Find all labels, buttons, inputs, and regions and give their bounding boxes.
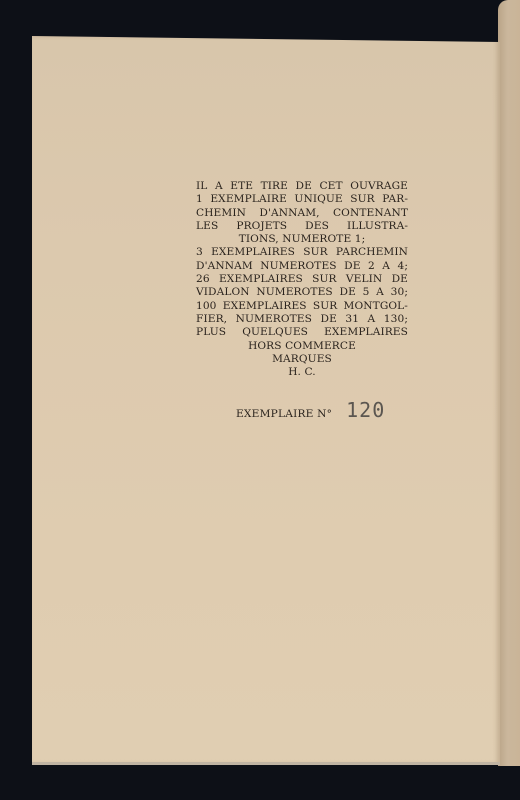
colophon-line: 1 EXEMPLAIRE UNIQUE SUR PAR- [196,193,408,206]
colophon-line: 3 EXEMPLAIRES SUR PARCHEMIN [196,246,408,259]
colophon-line: 100 EXEMPLAIRES SUR MONTGOL- [196,300,408,313]
page-bottom-edge [32,762,500,765]
colophon-line: TIONS, NUMEROTE 1; [196,233,408,246]
colophon-text: IL A ETE TIRE DE CET OUVRAGE 1 EXEMPLAIR… [196,180,408,379]
colophon-line: 26 EXEMPLAIRES SUR VELIN DE [196,273,408,286]
colophon-line: FIER, NUMEROTES DE 31 A 130; [196,313,408,326]
colophon-line: VIDALON NUMEROTES DE 5 A 30; [196,286,408,299]
colophon-line: LES PROJETS DES ILLUSTRA- [196,220,408,233]
copy-number: EXEMPLAIRE N° 120 [236,398,385,422]
colophon-line: HORS COMMERCE [196,340,408,353]
colophon-line: IL A ETE TIRE DE CET OUVRAGE [196,180,408,193]
copy-number-stamp: 120 [346,398,385,422]
colophon-line: PLUS QUELQUES EXEMPLAIRES [196,326,408,339]
background-corner [490,766,520,800]
colophon-line: H. C. [196,366,408,379]
copy-number-label: EXEMPLAIRE N° [236,408,332,420]
colophon-line: D'ANNAM NUMEROTES DE 2 A 4; [196,260,408,273]
adjacent-page-edge [498,0,520,800]
colophon-line: CHEMIN D'ANNAM, CONTENANT [196,207,408,220]
colophon-line: MARQUES [196,353,408,366]
